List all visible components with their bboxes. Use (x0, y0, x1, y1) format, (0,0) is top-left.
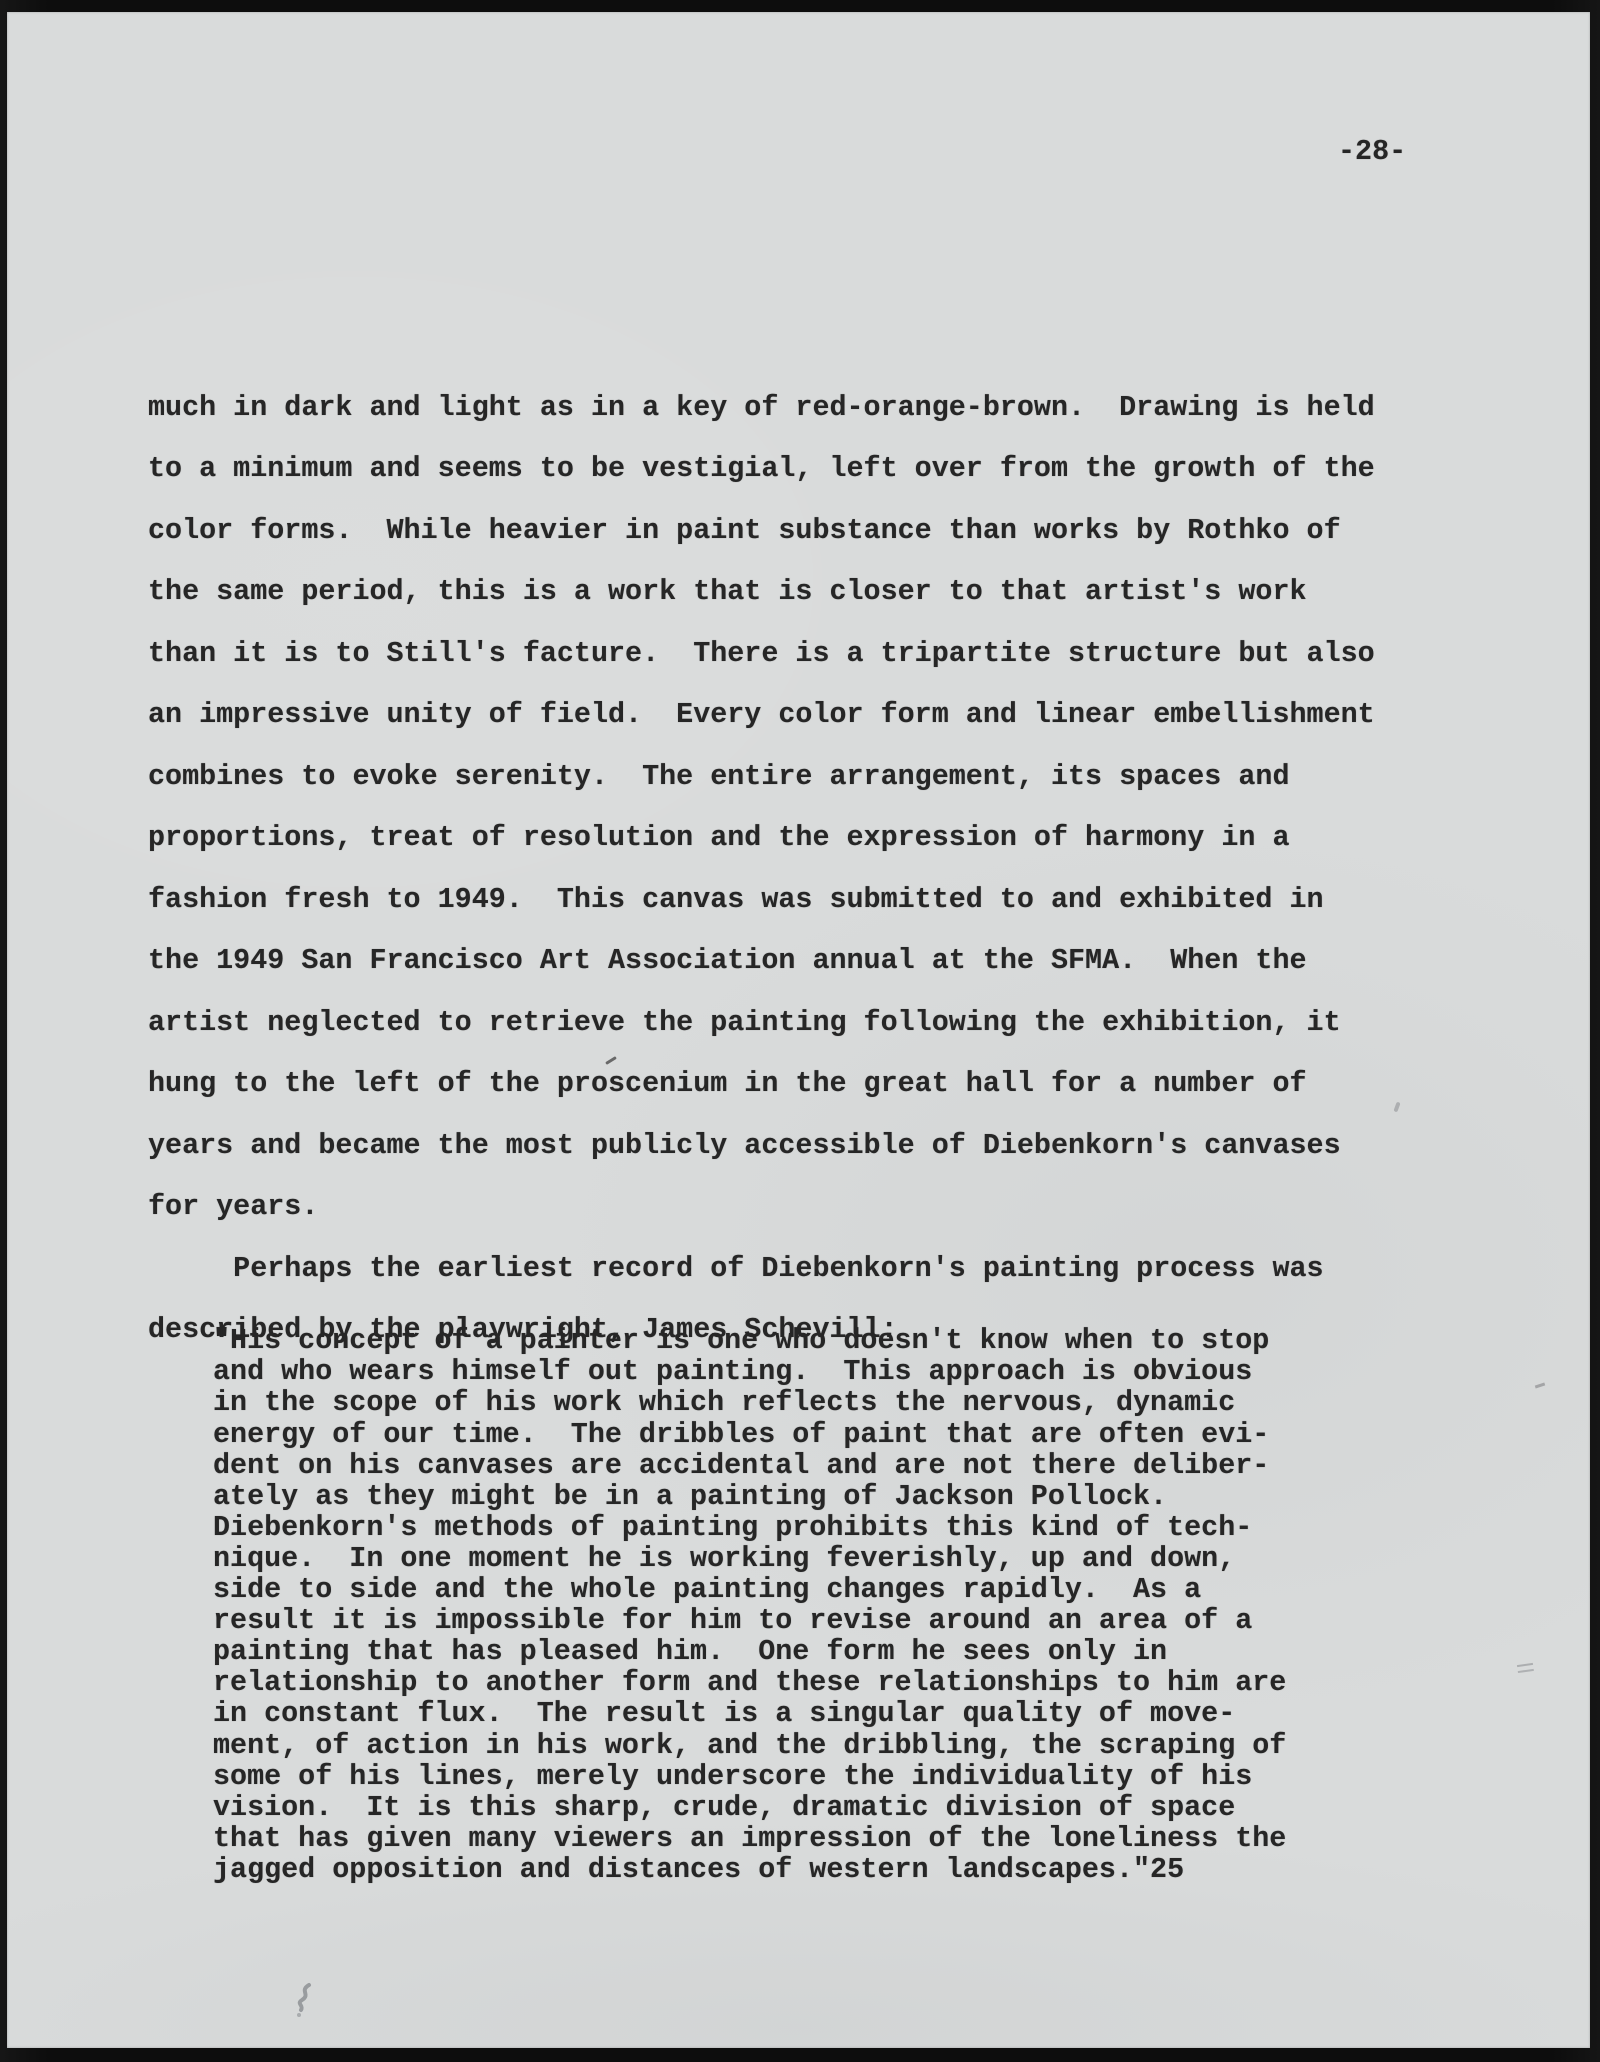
block-quote: "His concept of a painter is one who doe… (213, 1232, 1286, 1885)
quote-text-line: energy of our time. The dribbles of pain… (213, 1419, 1286, 1450)
text-line: the 1949 San Francisco Art Association a… (148, 930, 1375, 992)
text-line: color forms. While heavier in paint subs… (148, 500, 1375, 562)
quote-text-line: Diebenkorn's methods of painting prohibi… (213, 1512, 1286, 1543)
quote-text-line: ately as they might be in a painting of … (213, 1481, 1286, 1512)
scanner-bed-background: -28- much in dark and light as in a key … (0, 0, 1600, 2062)
text-line: combines to evoke serenity. The entire a… (148, 746, 1375, 808)
quote-text-line: vision. It is this sharp, crude, dramati… (213, 1792, 1286, 1823)
scan-artifact-squiggle (289, 1982, 319, 2025)
quote-text-line: that has given many viewers an impressio… (213, 1823, 1286, 1854)
quote-text-line: jagged opposition and distances of weste… (213, 1854, 1286, 1885)
text-line: the same period, this is a work that is … (148, 561, 1375, 623)
scanned-page: -28- much in dark and light as in a key … (7, 12, 1590, 2048)
text-line: proportions, treat of resolution and the… (148, 807, 1375, 869)
quote-text-line: nique. In one moment he is working fever… (213, 1543, 1286, 1574)
text-line: much in dark and light as in a key of re… (148, 377, 1375, 439)
text-line: to a minimum and seems to be vestigial, … (148, 438, 1375, 500)
quote-text-line: ment, of action in his work, and the dri… (213, 1730, 1286, 1761)
text-line: fashion fresh to 1949. This canvas was s… (148, 869, 1375, 931)
quote-text-line: relationship to another form and these r… (213, 1667, 1286, 1698)
scan-artifact-dash (1517, 1663, 1533, 1667)
quote-text-line: side to side and the whole painting chan… (213, 1574, 1286, 1605)
page-number: -28- (1338, 136, 1406, 168)
quote-text-line: and who wears himself out painting. This… (213, 1356, 1286, 1387)
quote-text-line: result it is impossible for him to revis… (213, 1605, 1286, 1636)
quote-text-line: some of his lines, merely underscore the… (213, 1761, 1286, 1792)
quote-text-line: in constant flux. The result is a singul… (213, 1698, 1286, 1729)
quote-text-line: painting that has pleased him. One form … (213, 1636, 1286, 1667)
quote-text-line: dent on his canvases are accidental and … (213, 1450, 1286, 1481)
scan-artifact-dash (1535, 1383, 1545, 1389)
text-line: than it is to Still's facture. There is … (148, 623, 1375, 685)
scan-artifact-smudge (1393, 1102, 1400, 1113)
quote-text-line: in the scope of his work which reflects … (213, 1387, 1286, 1418)
quote-text-line: "His concept of a painter is one who doe… (213, 1325, 1286, 1356)
text-line: an impressive unity of field. Every colo… (148, 684, 1375, 746)
text-line: artist neglected to retrieve the paintin… (148, 992, 1375, 1054)
